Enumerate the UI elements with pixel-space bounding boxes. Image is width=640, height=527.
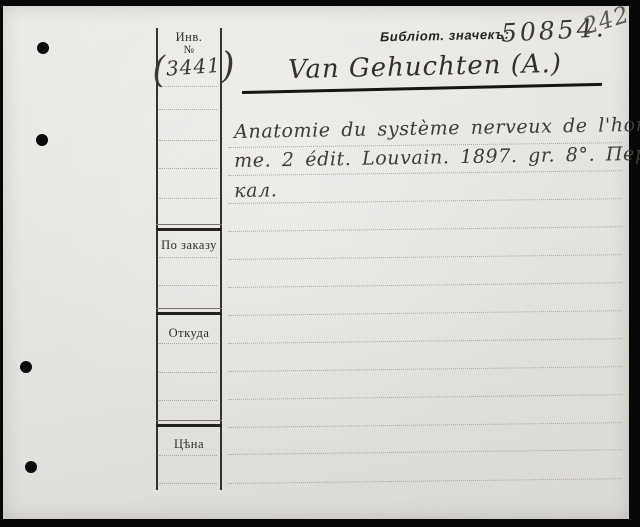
section-divider — [156, 308, 222, 309]
ruled-line — [159, 455, 217, 456]
ruled-line — [159, 109, 217, 110]
punch-hole — [20, 361, 32, 373]
section-divider — [156, 312, 222, 315]
inventory-label: Инв. — [156, 30, 222, 45]
ruled-line — [159, 343, 217, 344]
section-divider — [156, 420, 222, 421]
ruled-line — [159, 400, 217, 401]
ruled-line — [159, 372, 217, 373]
ruled-line — [159, 483, 217, 484]
section-label-cena: Цѣна — [156, 437, 222, 452]
ruled-line — [159, 257, 217, 258]
entry-line: кал. — [234, 179, 278, 202]
ruled-line — [159, 168, 217, 169]
section-label-otkuda: Откуда — [156, 326, 222, 341]
scanned-page: { "page_number": "242", "stamp": { "labe… — [0, 0, 640, 527]
inventory-number-handwritten: (3441) — [151, 45, 228, 91]
punch-hole — [36, 134, 48, 146]
section-divider — [156, 224, 222, 225]
inventory-paren-close: ) — [219, 45, 236, 87]
library-stamp-label: Библіот. значекъ: — [380, 27, 510, 45]
ruled-line — [159, 198, 217, 199]
section-divider — [156, 228, 222, 231]
ruled-line — [159, 140, 217, 141]
ruled-line — [159, 285, 217, 286]
section-label-po-zakazu: По заказу — [156, 238, 222, 253]
section-divider — [156, 424, 222, 427]
punch-hole — [25, 461, 37, 473]
inventory-number-value: 3441 — [165, 53, 221, 81]
punch-hole — [37, 42, 49, 54]
